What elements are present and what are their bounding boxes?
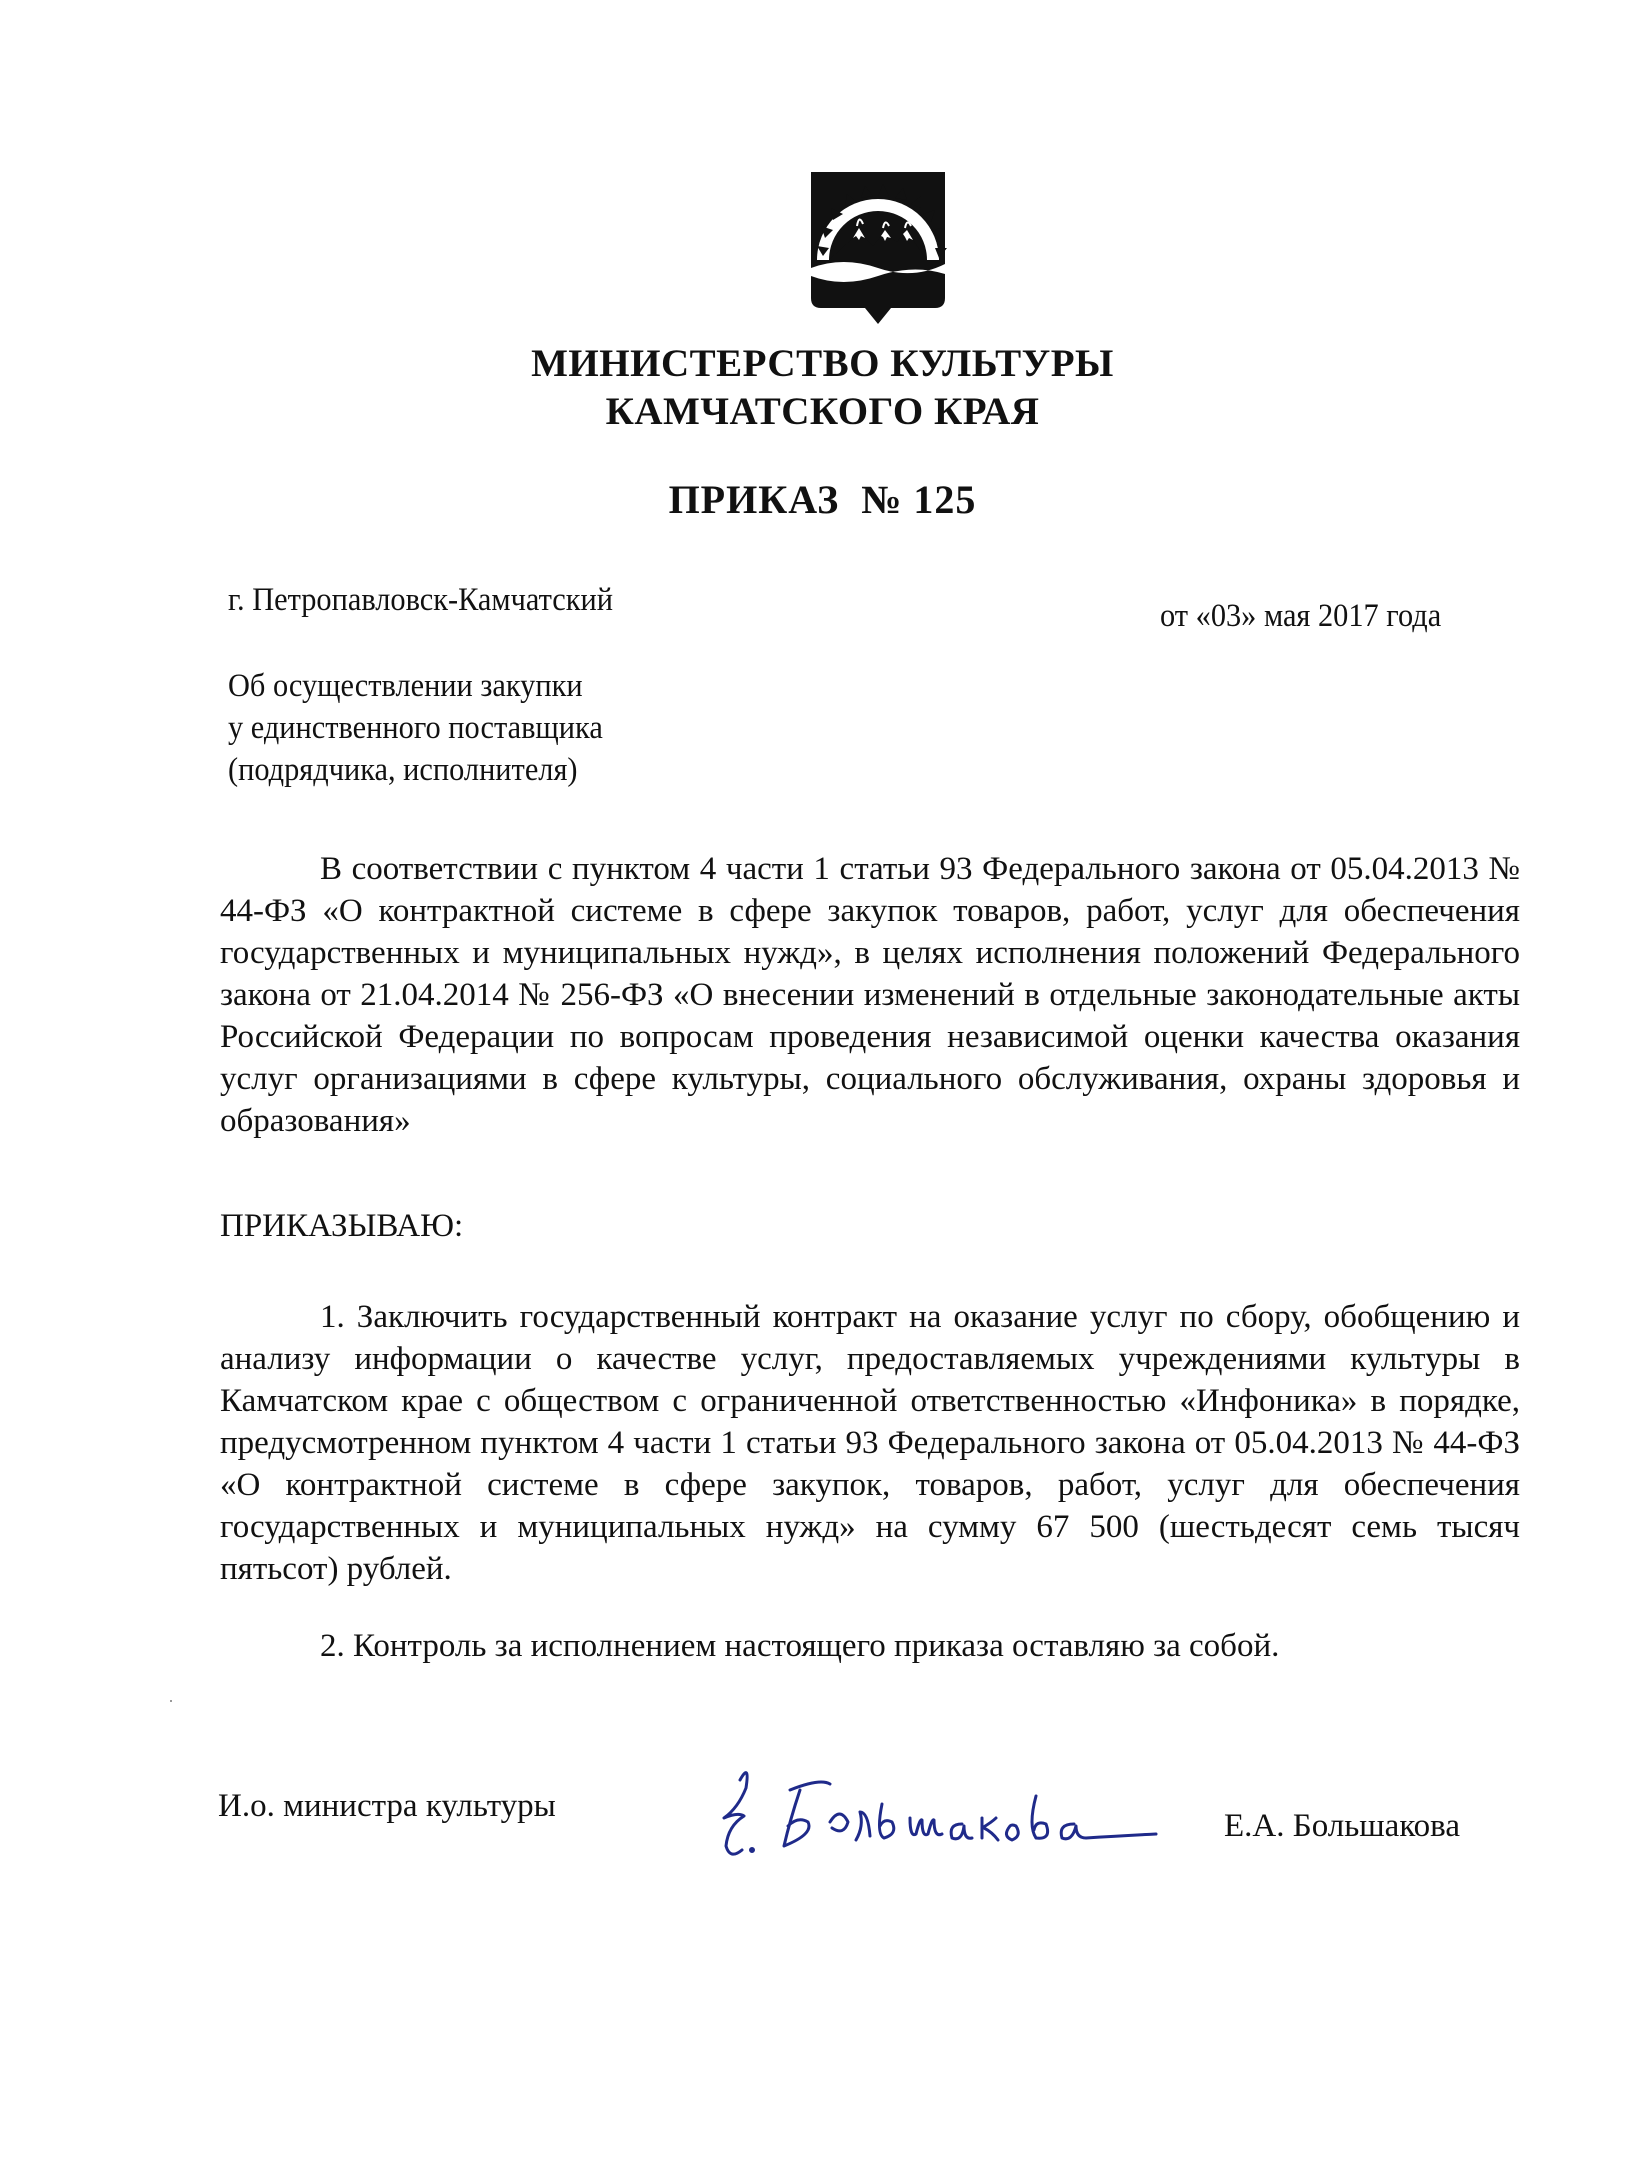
subject-line: (подрядчика, исполнителя) — [228, 749, 603, 791]
ministry-line-1: МИНИСТЕРСТВО КУЛЬТУРЫ — [0, 340, 1645, 388]
order-directive: ПРИКАЗЫВАЮ: — [220, 1208, 463, 1245]
order-date: от «03» мая 2017 года — [1160, 598, 1441, 635]
order-item-2: 2. Контроль за исполнением настоящего пр… — [320, 1628, 1279, 1665]
signer-name: Е.А. Большакова — [1224, 1808, 1460, 1845]
signer-title: И.о. министра культуры — [218, 1788, 556, 1825]
ministry-heading: МИНИСТЕРСТВО КУЛЬТУРЫ КАМЧАТСКОГО КРАЯ — [0, 340, 1645, 436]
order-item-1: 1. Заключить государственный контракт на… — [220, 1296, 1520, 1590]
city: г. Петропавловск-Камчатский — [228, 582, 613, 619]
order-title: ПРИКАЗ № 125 — [0, 476, 1645, 523]
document-page: МИНИСТЕРСТВО КУЛЬТУРЫ КАМЧАТСКОГО КРАЯ П… — [0, 0, 1645, 2173]
preamble-paragraph: В соответствии с пунктом 4 части 1 стать… — [220, 848, 1520, 1142]
subject-line: у единственного поставщика — [228, 707, 603, 749]
order-subject: Об осуществлении закупки у единственного… — [228, 665, 603, 791]
subject-line: Об осуществлении закупки — [228, 665, 603, 707]
kamchatka-coat-of-arms-icon — [803, 168, 953, 328]
ministry-line-2: КАМЧАТСКОГО КРАЯ — [0, 388, 1645, 436]
handwritten-signature-icon — [700, 1760, 1180, 1870]
scan-artifact — [170, 1700, 172, 1702]
